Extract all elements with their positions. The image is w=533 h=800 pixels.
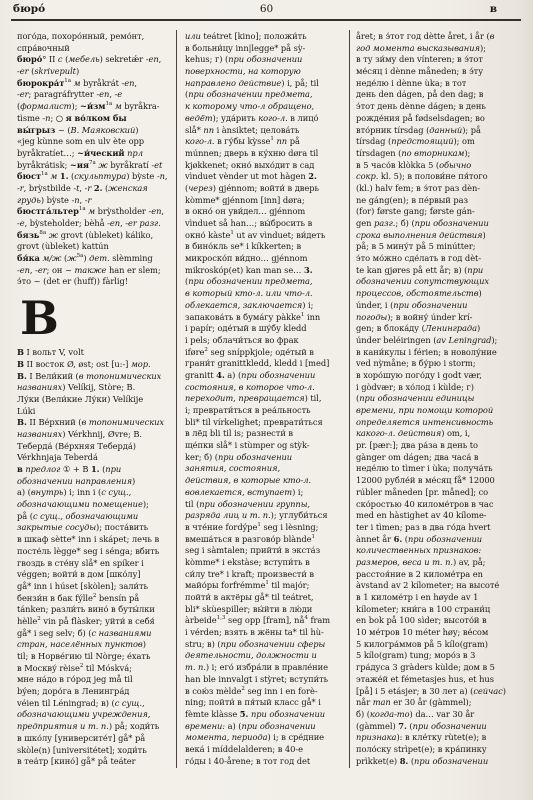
text-line: В. I Вели́кий (в топонимических — [17, 371, 173, 383]
text-line: fèmte klàsse 5. при обозначении — [185, 709, 345, 721]
text-line: в окно́ он уви́дел… gjénnom — [185, 206, 345, 218]
text-line: го́ды i 40-årene; в тот год det — [185, 756, 345, 768]
text-line: hèlle2 vin på flàsker; уйти́ в себя́ — [17, 616, 173, 628]
text-line: ско́ростью 40 киломе́тров в час — [356, 499, 528, 511]
text-line: ще́пки slå* i stùmper og stỳk- — [185, 440, 345, 452]
text-line: в бино́кль se* i kíkkerten; в — [185, 241, 345, 253]
text-line: микроско́п ви́дно… gjénnom — [185, 253, 345, 265]
text-line: определяется интенсивность — [356, 417, 528, 429]
text-line: til (при обозначении группы, — [185, 499, 345, 511]
text-line: майо́ры forfrémme1 til majór; — [185, 580, 345, 592]
text-line: Vérkhnjaja Teberdá — [17, 452, 173, 464]
text-line: неде́лю i dènne ùka; в тот — [356, 78, 528, 90]
text-line: gen; в блока́ду (Ленинграда) — [356, 323, 528, 335]
text-line: В I вольт V, volt — [17, 347, 173, 359]
text-line: вто́рник tírsdag (данный); på — [356, 125, 528, 137]
text-line: skòle(n) [universitétet]; ходи́ть — [17, 745, 173, 757]
text-line: i; преврати́ться в реа́льность — [185, 405, 345, 417]
text-line: в сою́з mèlde2 seg inn i en forè- — [185, 686, 345, 698]
text-line: (при обозначении предмета, — [185, 89, 345, 101]
text-line: грудь) bỳste -n, -r — [17, 195, 173, 207]
text-line: ved nỳmåne; в бу́рю i storm; — [356, 358, 528, 370]
text-line: неде́лю to tìmer i ùka; получа́ть — [356, 463, 528, 475]
text-line: i pels; облачи́ться во фрак — [185, 335, 345, 347]
text-line: гра́дуса 3 gràders kùlde; дом в 5 — [356, 662, 528, 674]
text-line: гвоздь в сте́ну slå* en spíker i — [17, 558, 173, 570]
text-line: количественных признаков: — [356, 545, 528, 557]
text-line: действия, в которые кто-л. — [185, 475, 345, 487]
text-line: бюст1a м 1. (скульптура) bỳste -n, — [17, 171, 173, 183]
text-line: рожде́ния på fødselsdagen; во — [356, 113, 528, 125]
text-line: (при обозначении единицы — [356, 393, 528, 405]
text-line: (при обозначении предмета, — [185, 276, 345, 288]
text-line: обозначении направления) — [17, 476, 173, 488]
text-line: вы́грыз ~ (В. Маяковский) — [17, 125, 173, 137]
text-line: slå* nn i ànsiktet; целова́ть — [185, 125, 345, 137]
text-line: в 5 часо́в klòkka 5 (обычно — [356, 160, 528, 172]
text-line: стран, населённых пунктов) — [17, 639, 173, 651]
text-line: запакова́ть в бума́гу pàkke1 inn — [185, 312, 345, 324]
text-line: tìsme -n; ○ я во́лком бы — [17, 113, 173, 125]
text-line: býen; доро́га в Ленингра́д — [17, 686, 173, 698]
text-line: kòmme* i ekstàse; вступи́ть в — [185, 557, 345, 569]
text-line: te kan gjøres på ett år; в) (при — [356, 265, 528, 277]
text-line: gå* inn i húset [skòlen]; зали́ть — [17, 581, 173, 593]
text-line: ведёт); уда́рить кого-л. в лицо́ — [185, 113, 345, 125]
text-line: т. п.) i; его́ избра́ли в правле́ние — [185, 662, 345, 674]
text-line: в кани́кулы i férien; в новолу́ние — [356, 347, 528, 359]
text-line: (через) gjénnom; войти́ в дверь — [185, 183, 345, 195]
text-line: вовлекается, вступает) i; — [185, 487, 345, 499]
text-line: tánken; разли́ть вино́ в буты́лки — [17, 604, 173, 616]
text-line: а) (внутрь) i; inn i (с сущ., — [17, 487, 173, 499]
text-line: деятельности, должности и — [185, 650, 345, 662]
text-line: в шко́лу [университе́т] gå* på — [17, 733, 173, 745]
text-line: ne gáng(en); в пе́рвый раз — [356, 195, 528, 207]
text-line: день den dágen, på den dag; в — [356, 89, 528, 101]
text-line: э́то мо́жно сде́лать в год dèt- — [356, 253, 528, 265]
text-line: бязь8a ж grovt (ùbleket) káliko, — [17, 230, 173, 242]
text-line: В. II Ве́рхний (в топонимических — [17, 417, 173, 429]
text-line: грани́т granittkledd, kledd i [med] — [185, 358, 345, 370]
text-line: времени: а) (при обозначении — [185, 721, 345, 733]
header-rule — [11, 19, 521, 21]
text-line: tírsdagen (по вторникам); — [356, 148, 528, 160]
text-line: в лёд bli til is; разнести́ в — [185, 428, 345, 440]
text-line: gen разг.; б) (при обозначении — [356, 218, 528, 230]
text-line: в 1 киломе́тр i en høyde av 1 — [356, 592, 528, 604]
text-line: закрытые сосуды); поста́вить — [17, 522, 173, 534]
text-line: seg i sàmtalen; прийти́ в экста́з — [185, 545, 345, 557]
text-line: granitt 4. а) (при обозначении — [185, 370, 345, 382]
column-1-top-lines: пого́да, похоро́нный, ремо́нт,спра́вочны… — [17, 31, 173, 288]
text-line: àrbeide1,3 seg opp [fram], nå4 fram — [185, 615, 345, 627]
text-line: б) (когда-то) da… var 30 år — [356, 709, 528, 721]
text-line: облекается, заключается) i; — [185, 300, 345, 312]
text-line: признака): в кле́тку rùtet(e); в — [356, 732, 528, 744]
text-line: [på] i 5 etásjer; в 30 лет а) (сейчас) — [356, 686, 528, 698]
text-line: сокр. kl. 5); в полови́не пя́того — [356, 171, 528, 183]
text-line: «jeg kùnne som en ulv ète opp — [17, 136, 173, 148]
text-line: кого-л. в гу́бы kỳsse1 nn på — [185, 136, 345, 148]
text-line: окно́ kàste1 ut av vìnduet; ви́деть — [185, 230, 345, 242]
text-line: -er (skrivepult) — [17, 66, 173, 78]
text-line: -e, bỳsteholder; bèhå -en, -er разг. — [17, 218, 173, 230]
text-line: pr. [pær:]; два ра́за в день to — [356, 440, 528, 452]
column-divider-2 — [349, 30, 350, 768]
text-line: mikroskóp(et) kan man se… 3. — [185, 265, 345, 277]
text-line: предприятия и т. п.) på; ходи́ть — [17, 721, 173, 733]
text-line: ter i tìmen; раз в два го́да hvert — [356, 522, 528, 534]
text-line: века́ i míddelalderen; в 40-е — [185, 744, 345, 756]
text-line: kílometer; кни́га в 100 страни́ц — [356, 604, 528, 616]
text-line: -en, -er; он ~ также han er slem; — [17, 265, 173, 277]
text-line: размеров, веса и т. п.) av, på; — [356, 557, 528, 569]
text-line: (формалист); ~и́зм1a м byråkra- — [17, 101, 173, 113]
text-line: rúbler måneden [pr. måned]; со — [356, 487, 528, 499]
text-line: kjøkkenet; окно́ выхо́дит в сад — [185, 160, 345, 172]
text-line: обозначающими помещение); — [17, 499, 173, 511]
text-line: -r, brỳstbilde -t, -r 2. (женская — [17, 183, 173, 195]
text-line: Лу́ки (Вели́кие Лу́ки) Velíkije — [17, 394, 173, 406]
text-line: bli* skùespiller; вы́йти в лю́ди — [185, 604, 345, 616]
text-line: какого-л. действия) om, i, — [356, 428, 528, 440]
running-head: бюро́ 60 в — [0, 3, 533, 19]
column-divider-1 — [176, 30, 177, 768]
text-line: названиях) Vérkhnij, Øvre; В. — [17, 429, 173, 441]
text-line: byråkratíet…; ~и́ческий прл — [17, 148, 173, 160]
column-1: пого́да, похоро́нный, ремо́нт,спра́вочны… — [17, 31, 173, 768]
text-line: погоды); в войну́ únder krí- — [356, 312, 528, 324]
text-line: расстоя́ние в 2 киломе́тра en — [356, 569, 528, 581]
text-line: véien til Léningrad; в) (с сущ., — [17, 698, 173, 710]
text-line: в который кто-л. или что-л. — [185, 288, 345, 300]
text-line: i vérden; взять в жёны ta* til hù- — [185, 627, 345, 639]
text-line: вмеша́ться в разгово́р blànde1 — [185, 534, 345, 546]
text-line: ànnet år 6. (при обозначении — [356, 534, 528, 546]
text-line: срока выполнения действия) — [356, 230, 528, 242]
text-line: tírsdag (предстоящий); om — [356, 136, 528, 148]
text-line: поверхности, на которую — [185, 66, 345, 78]
text-line: bli* til vírkelighet; преврати́ться — [185, 417, 345, 429]
text-line: направлено действие) i, på; til — [185, 78, 345, 90]
text-line: gànger om dágen; два часа́ в — [356, 452, 528, 464]
text-line: бя́ка м/ж (ж5a) дет. slèmming — [17, 253, 173, 265]
text-line: пого́да, похоро́нный, ремо́нт, — [17, 31, 173, 43]
text-line: обозначающими учреждения, — [17, 709, 173, 721]
text-line: бюрокра́т1a м byråkrát -en, — [17, 78, 173, 90]
text-line: пойти́ в актёры gå* til teátret, — [185, 592, 345, 604]
text-line: переходит, превращается) til, — [185, 393, 345, 405]
text-line: спра́вочный — [17, 43, 173, 55]
text-line: состояния, в которое что-л. — [185, 382, 345, 394]
column-2: или teátret [kino]; положи́тьв больни́цу… — [185, 31, 345, 767]
text-line: véggen; войти́ в дом [шко́лу] — [17, 569, 173, 581]
page-number: 60 — [0, 3, 533, 15]
column-2-lines: или teátret [kino]; положи́тьв больни́цу… — [185, 31, 345, 767]
text-line: Теберда́ (Ве́рхняя Теберда́) — [17, 441, 173, 453]
text-line: в Москву́ rèise2 til Móskvá; — [17, 663, 173, 675]
column-1-bottom-lines: В I вольт V, voltВ II восток Ø, øst; ost… — [17, 347, 173, 768]
text-line: 12000 рубле́й в ме́сяц få* 12000 — [356, 475, 528, 487]
text-line: med en hàstighet av 40 kílome- — [356, 510, 528, 522]
text-line: этаже́й et fémetasjes hus, et hus — [356, 674, 528, 686]
text-line: ning; пойти́ в пя́тый класс gå* i — [185, 697, 345, 709]
text-line: prìkket(e) 8. (при обозначении — [356, 756, 528, 768]
text-line: в хоро́шую пого́ду i godt vær, — [356, 370, 528, 382]
text-line: поло́ску strìpet(e); в кра́пинку — [356, 744, 528, 756]
text-line: ме́сяц i dènne måneden; в э́ту — [356, 66, 528, 78]
text-line: в больни́цу inn|legge* på sỳ- — [185, 43, 345, 55]
text-line: разряда лиц и т. п.); углуби́ться — [185, 510, 345, 522]
text-line: vìnduet vènder ut mot hàgen 2. — [185, 171, 345, 183]
text-line: (for) første gang; første gán- — [356, 206, 528, 218]
text-line: i papír; оде́тый в шу́бу kledd — [185, 323, 345, 335]
text-line: 5 kílo(gram) tung; моро́з в 3 — [356, 650, 528, 662]
text-line: en bok på 100 sìder; высото́й в — [356, 615, 528, 627]
text-line: си́лу tre* i kraft; произвести́ в — [185, 569, 345, 581]
text-line: в теа́тр [кино́] gå* på teáter — [17, 756, 173, 768]
text-line: til; в Норве́гию til Nòrge; е́хать — [17, 651, 173, 663]
text-line: в шкаф sètte* inn i skápet; лечь в — [17, 534, 173, 546]
text-line: бюстга́льтер1a м brỳstholder -en, — [17, 206, 173, 218]
text-line: àvstand av 2 kílometer; на высоте́ — [356, 580, 528, 592]
text-line: grovt (ùbleket) kattún — [17, 241, 173, 253]
text-line: i gòdvær; в хо́лод i kùlde; г) — [356, 382, 528, 394]
section-letter-v: В — [17, 288, 173, 347]
text-line: занятия, состояния, — [185, 463, 345, 475]
text-line: ker; б) (при обозначении — [185, 452, 345, 464]
text-line: på; в 5 мину́т på 5 minútter; — [356, 241, 528, 253]
text-line: vìnduet så han…; вы́бросить в — [185, 218, 345, 230]
text-line: названиях) Velíkij, Stòre; В. — [17, 382, 173, 394]
text-line: på (с сущ., обозначающими — [17, 511, 173, 523]
running-head-right-word: в — [490, 3, 497, 15]
text-line: времени, при помощи которой — [356, 405, 528, 417]
text-line: бензи́н в бак fýlle2 bensín på — [17, 593, 173, 605]
text-line: В II восток Ø, øst; ost [u:-] мор. — [17, 359, 173, 371]
text-line: э́тот день dènne dágen; в день — [356, 101, 528, 113]
text-line: мне на́до в го́род jeg må til — [17, 674, 173, 686]
text-line: byråkrátisk; ~ия7a ж byråkratí -et — [17, 160, 173, 172]
text-line: бюро́° II с (мебель) sekretǽr -en, — [17, 54, 173, 66]
text-line: 10 ме́тров 10 méter høy; ве́сом — [356, 627, 528, 639]
text-line: únder, i (при обозначении — [356, 300, 528, 312]
text-line: процессов, обстоятельств) — [356, 288, 528, 300]
text-line: посте́ль lègge* seg i sénga; вбить — [17, 546, 173, 558]
text-line: kehus; г) (при обозначении — [185, 54, 345, 66]
text-line: к которому что-л обращено, — [185, 101, 345, 113]
column-3: året; в э́тот год dètte året, i år (вгод… — [356, 31, 528, 767]
text-line: в предлог ① + В 1. (при — [17, 464, 173, 476]
text-line: год момента высказывания); — [356, 43, 528, 55]
text-line: (gàmmel) 7. (при обозначении — [356, 721, 528, 733]
text-line: э́то ~ (det er (huff)) fàrlig! — [17, 276, 173, 288]
text-line: året; в э́тот год dètte året, i år (в — [356, 31, 528, 43]
text-line: 5 килогра́ммов på 5 kílo(gram) — [356, 639, 528, 651]
text-line: kòmme* gjénnom [inn] døra; — [185, 195, 345, 207]
text-line: (kl.) halv fem; в э́тот раз dèn- — [356, 183, 528, 195]
text-line: når man er 30 år (gàmmel); — [356, 697, 528, 709]
text-line: в ту зи́му den vínteren; в э́тот — [356, 54, 528, 66]
text-line: -er; paragráfrytter -en, -e — [17, 89, 173, 101]
text-line: iføre2 seg sníppkjole; оде́тый в — [185, 347, 345, 359]
column-3-lines: året; в э́тот год dètte året, i år (вгод… — [356, 31, 528, 767]
text-line: han ble innvalgt i stỳret; вступи́ть — [185, 674, 345, 686]
text-line: stru; в) (при обозначении сферы — [185, 639, 345, 651]
text-line: или teátret [kino]; положи́ть — [185, 31, 345, 43]
text-line: момента, периода) i; в сре́дние — [185, 732, 345, 744]
text-line: Lúki — [17, 406, 173, 418]
text-line: únder beléiringen (av Leningrad); — [356, 335, 528, 347]
text-line: в чте́ние fordýpe1 seg i lèsning; — [185, 522, 345, 534]
text-line: múnnen; дверь в ку́хню døra til — [185, 148, 345, 160]
text-line: gå* i seg selv; б) (с названиями — [17, 628, 173, 640]
text-line: обозначении сопутствующих — [356, 276, 528, 288]
dictionary-page: бюро́ 60 в пого́да, похоро́нный, ремо́нт… — [0, 0, 533, 800]
